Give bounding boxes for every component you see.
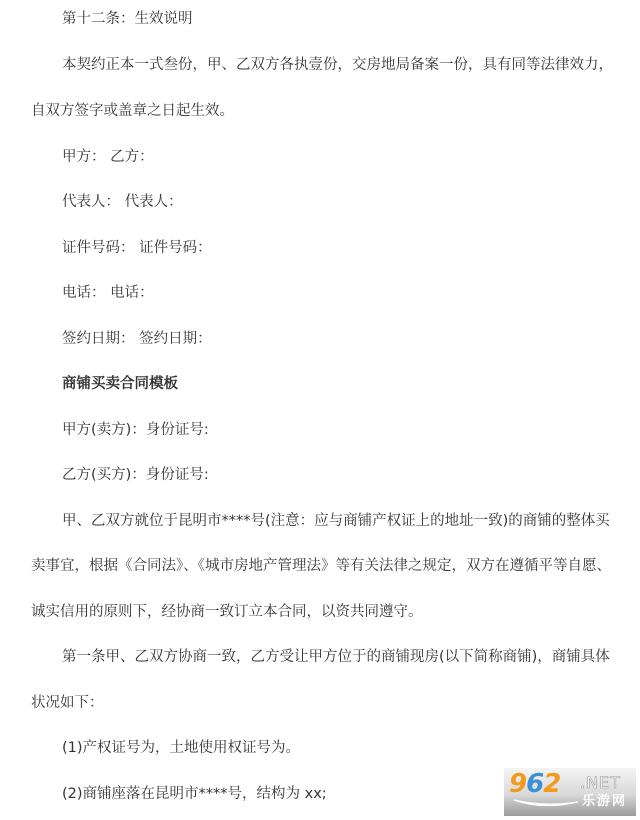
paragraph-line: 自双方签字或盖章之日起生效。 (31, 101, 234, 121)
signature-date-line: 签约日期： 签约日期： (62, 329, 212, 349)
seller-id-line: 甲方(卖方)：身份证号: (62, 420, 209, 440)
watermark-site-name: 乐游网 (582, 794, 627, 810)
watermark-digit: 9 (509, 769, 526, 799)
watermark-digit: 2 (543, 769, 560, 799)
contract-template-title: 商铺买卖合同模板 (62, 374, 178, 394)
paragraph-line: 本契约正本一式叁份，甲、乙双方各执壹份，交房地局备案一份，具有同等法律效力， (62, 55, 613, 75)
paragraph-line: 状况如下： (31, 693, 104, 713)
site-watermark-logo: 962 .NET 乐游网 (504, 768, 636, 816)
watermark-digit: 6 (526, 769, 543, 799)
signature-party-line: 甲方： 乙方： (62, 147, 154, 167)
paragraph-line: 卖事宜，根据《合同法》、《城市房地产管理法》等有关法律之规定，双方在遵循平等自愿… (31, 556, 611, 576)
swoosh-icon (512, 798, 580, 810)
signature-id-number-line: 证件号码： 证件号码： (62, 238, 212, 258)
article-1-line: 第一条甲、乙双方协商一致，乙方受让甲方位于的商铺现房(以下简称商铺)，商铺具体 (62, 647, 610, 667)
signature-phone-line: 电话： 电话： (62, 283, 154, 303)
buyer-id-line: 乙方(买方)：身份证号: (62, 465, 209, 485)
signature-representative-line: 代表人： 代表人： (62, 192, 183, 212)
watermark-suffix: .NET (580, 774, 621, 792)
paragraph-line: 甲、乙双方就位于昆明市****号(注意：应与商铺产权证上的地址一致)的商铺的整体… (62, 511, 610, 531)
watermark-number: 962 (509, 770, 560, 798)
list-item: (1)产权证号为，土地使用权证号为。 (62, 738, 300, 758)
list-item: (2)商铺座落在昆明市****号，结构为 xx; (62, 784, 327, 804)
section-12-heading: 第十二条：生效说明 (62, 9, 193, 29)
paragraph-line: 诚实信用的原则下，经协商一致订立本合同，以资共同遵守。 (31, 602, 423, 622)
